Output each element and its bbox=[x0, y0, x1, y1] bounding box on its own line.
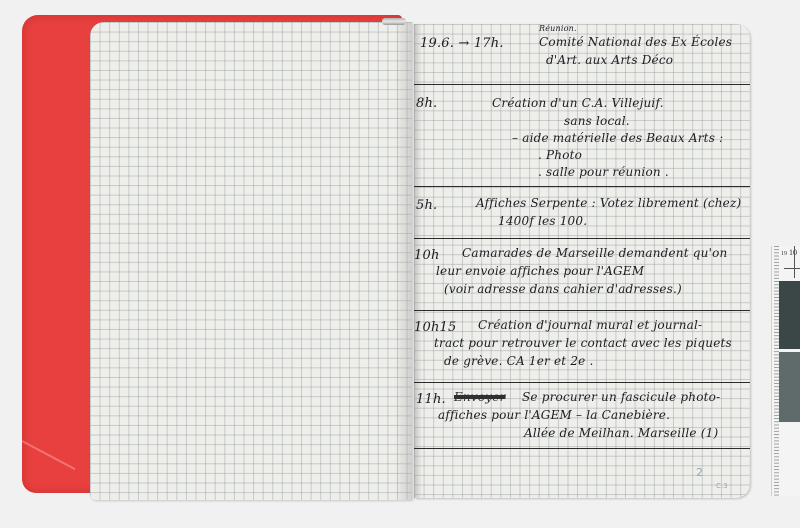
folio-number: C.3 bbox=[716, 482, 728, 490]
entry-line: (voir adresse dans cahier d'adresses.) bbox=[444, 282, 682, 296]
entry-line: – aide matérielle des Beaux Arts : bbox=[512, 131, 723, 145]
swatch-mid bbox=[779, 352, 800, 422]
entry-line: Création d'journal mural et journal- bbox=[478, 318, 702, 332]
entry-time: 8h. bbox=[416, 96, 437, 111]
entry-line: Se procurer un fascicule photo- bbox=[522, 390, 720, 404]
entry-line: d'Art. aux Arts Déco bbox=[546, 53, 673, 67]
left-page-fold-shadow bbox=[394, 22, 412, 500]
entry-time: 10h bbox=[414, 248, 440, 263]
left-page-blank bbox=[90, 22, 412, 500]
entry-time: 19.6. → 17h. bbox=[420, 36, 504, 51]
crosshair-vertical bbox=[794, 246, 795, 278]
chart-label-large: 10 bbox=[789, 248, 797, 257]
entry-line: . Photo bbox=[538, 148, 582, 162]
entry-time: 11h. bbox=[416, 392, 446, 407]
crosshair-horizontal bbox=[784, 268, 800, 269]
entry-line: Allée de Meilhan. Marseille (1) bbox=[524, 426, 718, 440]
entry-line: de grève. CA 1er et 2e . bbox=[444, 354, 593, 368]
entry-line: . salle pour réunion . bbox=[538, 165, 669, 179]
entry-divider bbox=[414, 310, 750, 311]
entry-divider bbox=[414, 448, 750, 449]
entry-line: Affiches Serpente : Votez librement (che… bbox=[476, 196, 741, 210]
entry-line: Camarades de Marseille demandent qu'on bbox=[462, 246, 727, 260]
entry-time: 5h. bbox=[416, 198, 437, 213]
entry-line: affiches pour l'AGEM – la Canebière. bbox=[438, 408, 670, 422]
color-calibration-chart: 19 10 bbox=[771, 246, 800, 496]
entry-divider bbox=[414, 382, 750, 383]
entry-line: tract pour retrouver le contact avec les… bbox=[434, 336, 732, 350]
entry-divider bbox=[414, 186, 750, 187]
struck-word: Envoyer bbox=[454, 390, 506, 404]
entry-line: Comité National des Ex Écoles bbox=[539, 35, 732, 49]
chart-label-small: 19 bbox=[781, 251, 787, 257]
entry-line: leur envoie affiches pour l'AGEM bbox=[436, 264, 644, 278]
entry-line: Création d'un C.A. Villejuif. bbox=[492, 96, 664, 110]
swatch-dark bbox=[779, 281, 800, 349]
entry-line: Réunion. bbox=[539, 24, 577, 33]
binding-ring bbox=[382, 18, 406, 25]
entry-divider bbox=[414, 238, 750, 239]
entry-divider bbox=[414, 84, 750, 85]
pencil-mark: 2 bbox=[696, 466, 703, 479]
entry-line: 1400f les 100. bbox=[498, 214, 587, 228]
entry-time: 10h15 bbox=[414, 320, 456, 335]
entry-line: sans local. bbox=[564, 114, 630, 128]
right-page: 19.6. → 17h. Réunion. Comité National de… bbox=[414, 24, 750, 498]
